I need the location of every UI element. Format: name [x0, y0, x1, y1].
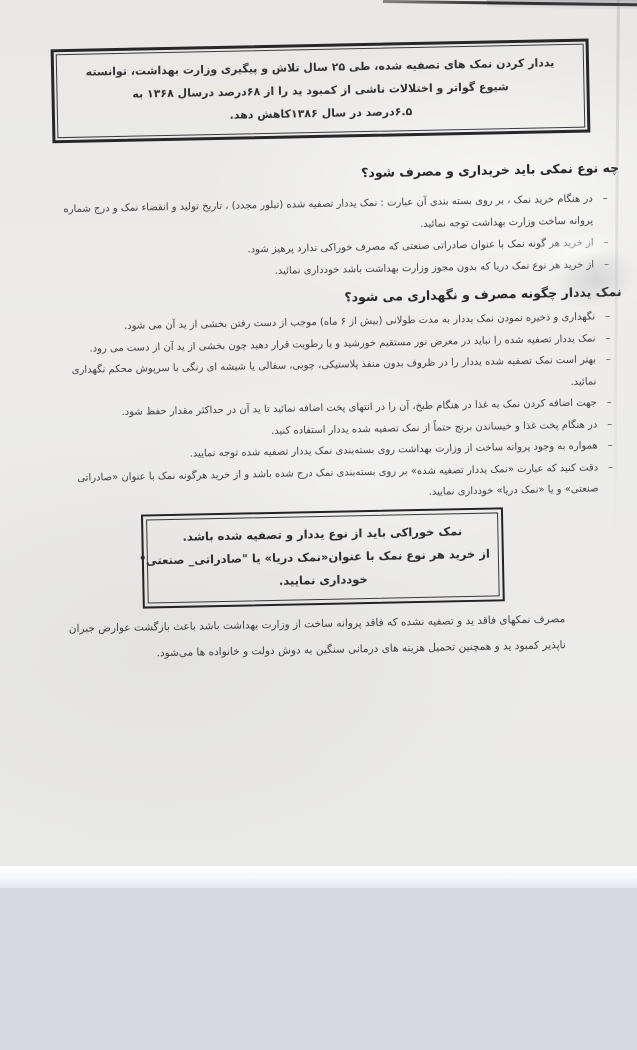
bullet-dash: –: [607, 435, 612, 457]
warning-box: نمک خوراکی باید از نوع یددار و تصفیه شده…: [141, 507, 505, 608]
bullet-dash: –: [608, 457, 613, 479]
bullet-dash: –: [603, 188, 608, 210]
footer-note: مصرف نمکهای فاقد ید و تصفیه نشده که فاقد…: [50, 606, 566, 668]
section1-heading: چه نوع نمکی باید خریداری و مصرف شود؟: [361, 160, 619, 180]
section1-bullet-list: – در هنگام خرید نمک ، بر روی بسته بندی آ…: [54, 188, 612, 287]
bullet-dash: –: [607, 392, 612, 414]
bullet-dash: –: [606, 349, 611, 371]
paper-sheet: یددار کردن نمک های تصفیه شده، طی ۲۵ سال …: [0, 0, 637, 868]
intro-box-inner: یددار کردن نمک های تصفیه شده، طی ۲۵ سال …: [56, 44, 586, 139]
intro-box: یددار کردن نمک های تصفیه شده، طی ۲۵ سال …: [51, 39, 591, 144]
bullet-text: بهتر است نمک تصفیه شده یددار را در ظروف …: [72, 354, 597, 387]
warning-box-inner: نمک خوراکی باید از نوع یددار و تصفیه شده…: [146, 512, 500, 603]
bullet-text: دقت کنید که عبارت «نمک یددار تصفیه شده» …: [77, 462, 598, 498]
section2-bullet-list: – نگهداری و ذخیره نمودن نمک یددار به مدت…: [52, 306, 616, 511]
bullet-dash: –: [605, 328, 610, 350]
scanned-document: یددار کردن نمک های تصفیه شده، طی ۲۵ سال …: [0, 0, 637, 1050]
printed-content: یددار کردن نمک های تصفیه شده، طی ۲۵ سال …: [0, 0, 637, 874]
bullet-text: همواره به وجود پروانه ساخت از وزارت بهدا…: [190, 440, 598, 459]
bullet-dash: –: [607, 414, 612, 436]
bullet-text: در هنگام خرید نمک ، بر روی بسته بندی آن …: [63, 193, 593, 229]
bullet-text: در هنگام پخت غذا و خیساندن برنج حتماً از…: [271, 419, 597, 437]
paper-edge-highlight: [0, 866, 637, 888]
